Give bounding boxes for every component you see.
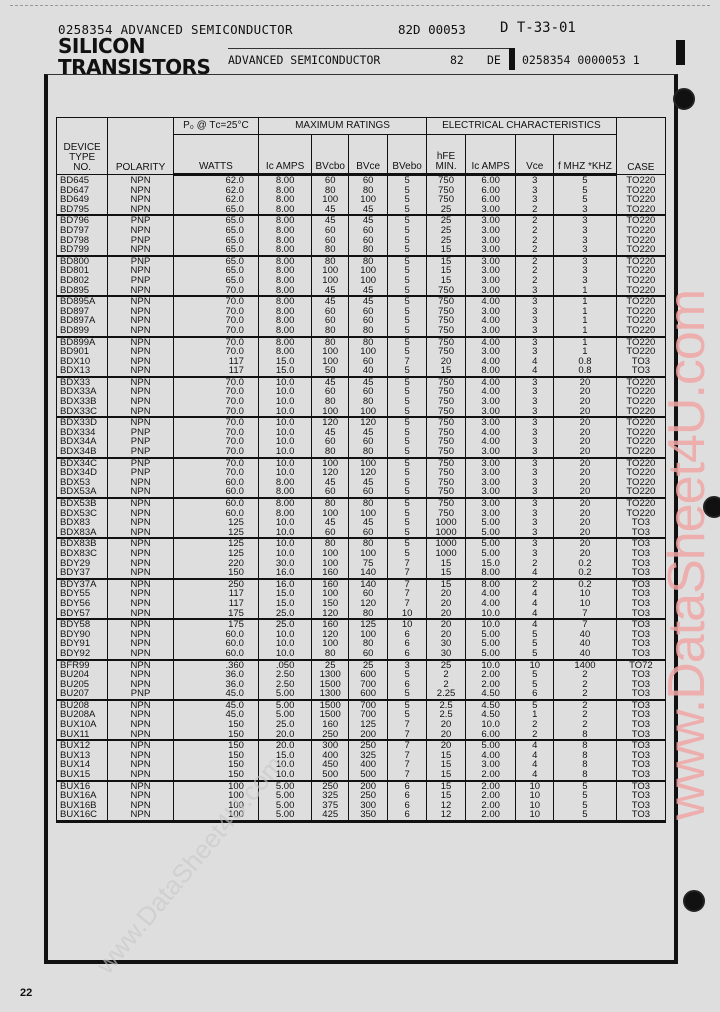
cell-bvcbo: 60 <box>312 175 349 186</box>
cell-watts: 150 <box>173 568 258 579</box>
cell-vce: 3 <box>516 175 554 186</box>
cell-ic-amps-2: 2.00 <box>466 810 516 821</box>
table-row: BD895NPN70.08.00454557503.0031TO220 <box>57 286 666 297</box>
cell-bvebo: 6 <box>388 810 427 821</box>
cell-watts: 125 <box>173 549 258 559</box>
cell-watts: 70.0 <box>173 337 258 348</box>
cell-bvebo: 5 <box>388 498 427 509</box>
cell-polarity: NPN <box>108 366 174 377</box>
cell-bvce: 40 <box>349 366 388 377</box>
cell-device: BDY37 <box>57 568 108 579</box>
cell-watts: 150 <box>173 730 258 741</box>
cell-hfe-min: 1000 <box>427 528 466 539</box>
registration-mark <box>509 48 515 70</box>
cell-hfe-min: 25 <box>427 205 466 216</box>
cell-bvcbo: 80 <box>312 447 349 458</box>
cell-hfe-min: 2.25 <box>427 689 466 700</box>
col-device: DEVICE TYPE NO. <box>57 118 108 175</box>
cell-watts: 60.0 <box>173 487 258 498</box>
cell-bvebo: 5 <box>388 205 427 216</box>
cell-watts: 36.0 <box>173 680 258 690</box>
cell-bvebo: 5 <box>388 326 427 337</box>
cell-watts: 62.0 <box>173 175 258 186</box>
cell-watts: 65.0 <box>173 236 258 246</box>
cell-watts: 62.0 <box>173 195 258 205</box>
group-electrical: ELECTRICAL CHARACTERISTICS <box>427 118 617 135</box>
cell-vce: 3 <box>516 498 554 509</box>
cell-watts: 65.0 <box>173 215 258 226</box>
cell-bvebo: 7 <box>388 730 427 741</box>
cell-bvcbo: 160 <box>312 568 349 579</box>
cell-bvcbo: 80 <box>312 245 349 256</box>
cell-device: BDX83A <box>57 528 108 539</box>
cell-vce: 3 <box>516 528 554 539</box>
cell-watts: 117 <box>173 366 258 377</box>
cell-bvebo: 7 <box>388 770 427 781</box>
header-rule <box>228 48 513 49</box>
table-row: BDX53ANPN60.08.00606057503.00320TO220 <box>57 487 666 498</box>
cell-watts: 45.0 <box>173 700 258 711</box>
cell-watts: 70.0 <box>173 458 258 469</box>
group-max-ratings: MAXIMUM RATINGS <box>258 118 426 135</box>
cell-bvebo: 5 <box>388 528 427 539</box>
cell-bvebo: 6 <box>388 649 427 660</box>
cell-watts: 70.0 <box>173 387 258 397</box>
header-code: 82D 00053 <box>398 22 466 37</box>
cell-polarity: NPN <box>108 175 174 186</box>
cell-ic-amps-2: 10.0 <box>466 609 516 620</box>
cell-f: 20 <box>554 528 617 539</box>
cell-bvcbo: 60 <box>312 487 349 498</box>
col-case: CASE <box>616 118 665 175</box>
cell-device: BD895 <box>57 286 108 297</box>
table-row: BUX11NPN15020.02502007206.0028TO3 <box>57 730 666 741</box>
cell-polarity: NPN <box>108 649 174 660</box>
cell-bvce: 600 <box>349 689 388 700</box>
header-company-line-2: ADVANCED SEMICONDUCTOR <box>228 53 380 67</box>
cell-ic-amps: 10.0 <box>258 407 311 418</box>
page-number: 22 <box>20 987 32 999</box>
col-bvebo: BVebo <box>388 135 427 175</box>
cell-polarity: NPN <box>108 770 174 781</box>
cell-watts: 220 <box>173 559 258 569</box>
transistor-spec-table: DEVICE TYPE NO. POLARITY P₀ @ Tᴄ=25°C MA… <box>56 117 666 823</box>
cell-bvce: 350 <box>349 810 388 821</box>
table-row: BDY37NPN15016.01601407158.0040.2TO3 <box>57 568 666 579</box>
registration-mark <box>676 40 685 65</box>
cell-watts: 117 <box>173 599 258 609</box>
cell-f: 3 <box>554 205 617 216</box>
cell-bvcbo: 80 <box>312 649 349 660</box>
table-row: BDX83ANPN12510.06060510005.00320TO3 <box>57 528 666 539</box>
cell-vce: 3 <box>516 326 554 337</box>
cell-watts: 60.0 <box>173 639 258 649</box>
table-row: BUX15NPN15010.05005007152.0048TO3 <box>57 770 666 781</box>
col-bvcbo: BVcbo <box>312 135 349 175</box>
cell-hfe-min: 20 <box>427 730 466 741</box>
cell-f: 20 <box>554 498 617 509</box>
cell-watts: 60.0 <box>173 498 258 509</box>
cell-device: BDX53A <box>57 487 108 498</box>
cell-ic-amps-2: 3.00 <box>466 326 516 337</box>
table-row: BDY57NPN17525.012080102010.047TO3 <box>57 609 666 620</box>
cell-case: TO220 <box>616 205 665 216</box>
cell-vce: 3 <box>516 487 554 498</box>
cell-f: 7 <box>554 609 617 620</box>
cell-ic-amps-2: 3.00 <box>466 487 516 498</box>
cell-ic-amps-2: 8.00 <box>466 568 516 579</box>
cell-watts: 175 <box>173 619 258 630</box>
cell-watts: 45.0 <box>173 710 258 720</box>
page-title: SILICON TRANSISTORS <box>58 36 210 78</box>
cell-bvcbo: 250 <box>312 730 349 741</box>
cell-watts: 70.0 <box>173 286 258 297</box>
cell-device: BDY92 <box>57 649 108 660</box>
cell-bvcbo: 120 <box>312 609 349 620</box>
cell-watts: 150 <box>173 740 258 751</box>
cell-ic-amps-2: 5.00 <box>466 528 516 539</box>
cell-bvebo: 5 <box>388 175 427 186</box>
cell-ic-amps: 8.00 <box>258 245 311 256</box>
cell-bvce: 80 <box>349 326 388 337</box>
cell-watts: 60.0 <box>173 649 258 660</box>
cell-watts: 70.0 <box>173 307 258 317</box>
cell-bvcbo: 1300 <box>312 689 349 700</box>
cell-hfe-min: 15 <box>427 770 466 781</box>
cell-ic-amps-2: 3.00 <box>466 447 516 458</box>
cell-vce: 5 <box>516 649 554 660</box>
cell-bvce: 140 <box>349 568 388 579</box>
cell-polarity: NPN <box>108 609 174 620</box>
cell-bvcbo: 60 <box>312 528 349 539</box>
cell-hfe-min: 750 <box>427 326 466 337</box>
cell-hfe-min: 750 <box>427 498 466 509</box>
cell-hfe-min: 750 <box>427 286 466 297</box>
cell-ic-amps-2: 6.00 <box>466 175 516 186</box>
cell-polarity: PNP <box>108 689 174 700</box>
cell-device: BUX11 <box>57 730 108 741</box>
cell-bvcbo: 50 <box>312 366 349 377</box>
cell-bvebo: 5 <box>388 487 427 498</box>
cell-hfe-min: 15 <box>427 245 466 256</box>
table-row: BU207PNP45.05.00130060052.254.5062TO3 <box>57 689 666 700</box>
cell-f: 8 <box>554 770 617 781</box>
cell-vce: 3 <box>516 407 554 418</box>
cell-watts: 45.0 <box>173 689 258 700</box>
cell-ic-amps: 20.0 <box>258 730 311 741</box>
cell-bvce: 100 <box>349 407 388 418</box>
cell-bvebo: 5 <box>388 407 427 418</box>
cell-ic-amps-2: 2.00 <box>466 770 516 781</box>
table-row: BDX34BPNP70.010.0808057503.00320TO220 <box>57 447 666 458</box>
cell-vce: 10 <box>516 810 554 821</box>
cell-f: 5 <box>554 175 617 186</box>
cell-case: TO220 <box>616 245 665 256</box>
cell-bvce: 60 <box>349 175 388 186</box>
cell-bvcbo: 80 <box>312 326 349 337</box>
cell-watts: 70.0 <box>173 437 258 447</box>
page-title-line1: SILICON <box>58 36 210 57</box>
watermark-side: www.DataSheet4U.com <box>657 290 717 820</box>
cell-hfe-min: 20 <box>427 609 466 620</box>
cell-f: 5 <box>554 810 617 821</box>
cell-watts: 65.0 <box>173 266 258 276</box>
scan-artifact-line <box>10 5 710 7</box>
cell-watts: 70.0 <box>173 468 258 478</box>
cell-bvce: 80 <box>349 609 388 620</box>
cell-watts: 70.0 <box>173 377 258 388</box>
cell-ic-amps: 10.0 <box>258 528 311 539</box>
cell-device: BD899 <box>57 326 108 337</box>
cell-ic-amps-2: 5.00 <box>466 649 516 660</box>
table-row: BD899NPN70.08.00808057503.0031TO220 <box>57 326 666 337</box>
cell-bvcbo: 500 <box>312 770 349 781</box>
cell-ic-amps-2: 3.00 <box>466 205 516 216</box>
cell-polarity: NPN <box>108 568 174 579</box>
cell-ic-amps: 8.00 <box>258 498 311 509</box>
cell-f: 20 <box>554 447 617 458</box>
spec-table-body: BD645NPN62.08.00606057506.0035TO220BD647… <box>57 175 666 822</box>
cell-watts: 125 <box>173 538 258 549</box>
cell-device: BDX13 <box>57 366 108 377</box>
cell-ic-amps: 15.0 <box>258 366 311 377</box>
cell-bvebo: 10 <box>388 609 427 620</box>
cell-vce: 2 <box>516 730 554 741</box>
cell-ic-amps-2: 4.50 <box>466 689 516 700</box>
cell-bvce: 45 <box>349 205 388 216</box>
cell-watts: 125 <box>173 518 258 528</box>
cell-bvebo: 5 <box>388 447 427 458</box>
cell-device: BD799 <box>57 245 108 256</box>
cell-polarity: NPN <box>108 487 174 498</box>
cell-ic-amps: 10.0 <box>258 649 311 660</box>
cell-device: BD645 <box>57 175 108 186</box>
cell-watts: 70.0 <box>173 447 258 458</box>
cell-bvebo: 7 <box>388 568 427 579</box>
cell-hfe-min: 750 <box>427 407 466 418</box>
cell-f: 3 <box>554 245 617 256</box>
cell-ic-amps-2: 6.00 <box>466 730 516 741</box>
cell-watts: 117 <box>173 357 258 367</box>
cell-ic-amps-2: 8.00 <box>466 366 516 377</box>
col-polarity: POLARITY <box>108 118 174 175</box>
cell-ic-amps: 10.0 <box>258 447 311 458</box>
cell-bvebo: 5 <box>388 245 427 256</box>
cell-ic-amps: 8.00 <box>258 286 311 297</box>
cell-polarity: NPN <box>108 245 174 256</box>
cell-device: BDY57 <box>57 609 108 620</box>
header-doc-ref: D T-33-01 <box>500 20 576 36</box>
cell-f: 40 <box>554 649 617 660</box>
cell-polarity: NPN <box>108 407 174 418</box>
table-row: BDX13NPN11715.050405158.0040.8TO3 <box>57 366 666 377</box>
cell-polarity: NPN <box>108 286 174 297</box>
cell-vce: 6 <box>516 689 554 700</box>
cell-bvce: 500 <box>349 770 388 781</box>
cell-watts: 70.0 <box>173 316 258 326</box>
cell-ic-amps-2: 3.00 <box>466 286 516 297</box>
cell-watts: 60.0 <box>173 509 258 519</box>
cell-watts: 65.0 <box>173 205 258 216</box>
col-f: f MHZ *KHZ <box>554 135 617 175</box>
cell-watts: 70.0 <box>173 428 258 438</box>
col-ic-amps-2: Ic AMPS <box>466 135 516 175</box>
cell-watts: 70.0 <box>173 296 258 307</box>
cell-watts: 36.0 <box>173 670 258 680</box>
cell-polarity: NPN <box>108 730 174 741</box>
header-de: DE <box>487 53 501 67</box>
cell-ic-amps-2: 3.00 <box>466 407 516 418</box>
cell-vce: 4 <box>516 366 554 377</box>
cell-polarity: NPN <box>108 326 174 337</box>
cell-watts: 70.0 <box>173 397 258 407</box>
cell-watts: 250 <box>173 579 258 590</box>
cell-polarity: NPN <box>108 528 174 539</box>
header-code-2: 0258354 0000053 1 <box>522 53 640 67</box>
table-row: BUX16CNPN1005.004253506122.00105TO3 <box>57 810 666 821</box>
cell-bvebo: 5 <box>388 286 427 297</box>
cell-vce: 4 <box>516 609 554 620</box>
cell-bvce: 80 <box>349 447 388 458</box>
cell-f: 1 <box>554 286 617 297</box>
cell-watts: 70.0 <box>173 347 258 357</box>
cell-watts: 70.0 <box>173 417 258 428</box>
cell-watts: 175 <box>173 609 258 620</box>
cell-vce: 2 <box>516 205 554 216</box>
cell-watts: 70.0 <box>173 407 258 418</box>
cell-device: BDX34B <box>57 447 108 458</box>
cell-watts: 65.0 <box>173 226 258 236</box>
cell-f: 0.2 <box>554 568 617 579</box>
cell-watts: 60.0 <box>173 478 258 488</box>
cell-watts: .360 <box>173 660 258 671</box>
cell-bvebo: 5 <box>388 366 427 377</box>
cell-device: BUX15 <box>57 770 108 781</box>
cell-polarity: NPN <box>108 205 174 216</box>
cell-bvce: 80 <box>349 498 388 509</box>
cell-ic-amps: 8.00 <box>258 487 311 498</box>
col-hfe-min: hFE MIN. <box>427 135 466 175</box>
cell-bvce: 200 <box>349 730 388 741</box>
cell-vce: 3 <box>516 447 554 458</box>
cell-hfe-min: 12 <box>427 810 466 821</box>
col-vce: Vce <box>516 135 554 175</box>
cell-bvebo: 5 <box>388 689 427 700</box>
cell-watts: 65.0 <box>173 256 258 267</box>
cell-polarity: NPN <box>108 810 174 821</box>
table-row: BDY92NPN60.010.080606305.00540TO3 <box>57 649 666 660</box>
cell-device: BDX53B <box>57 498 108 509</box>
cell-device: BDX33C <box>57 407 108 418</box>
punch-hole-icon <box>683 890 705 912</box>
cell-device: BUX16C <box>57 810 108 821</box>
table-row: BD645NPN62.08.00606057506.0035TO220 <box>57 175 666 186</box>
col-ic-amps: Ic AMPS <box>258 135 311 175</box>
cell-ic-amps-2: 3.00 <box>466 498 516 509</box>
cell-watts: 62.0 <box>173 186 258 196</box>
cell-ic-amps: 8.00 <box>258 175 311 186</box>
cell-bvce: 60 <box>349 528 388 539</box>
header-82: 82 <box>450 53 464 67</box>
cell-f: 20 <box>554 487 617 498</box>
cell-watts: 150 <box>173 751 258 761</box>
table-row: BDX53BNPN60.08.00808057503.00320TO220 <box>57 498 666 509</box>
cell-hfe-min: 750 <box>427 487 466 498</box>
cell-bvce: 60 <box>349 649 388 660</box>
cell-ic-amps: 8.00 <box>258 326 311 337</box>
cell-ic-amps: 8.00 <box>258 205 311 216</box>
cell-bvcbo: 45 <box>312 205 349 216</box>
cell-f: 20 <box>554 407 617 418</box>
cell-ic-amps: 5.00 <box>258 689 311 700</box>
group-pd: P₀ @ Tᴄ=25°C <box>173 118 258 135</box>
cell-watts: 150 <box>173 720 258 730</box>
cell-watts: 150 <box>173 760 258 770</box>
table-row: BD795NPN65.08.0045455253.0023TO220 <box>57 205 666 216</box>
cell-polarity: PNP <box>108 447 174 458</box>
cell-f: 1 <box>554 326 617 337</box>
cell-f: 2 <box>554 689 617 700</box>
cell-hfe-min: 750 <box>427 175 466 186</box>
cell-watts: 117 <box>173 589 258 599</box>
cell-ic-amps-2: 3.00 <box>466 245 516 256</box>
cell-device: BU207 <box>57 689 108 700</box>
cell-hfe-min: 15 <box>427 568 466 579</box>
cell-watts: 65.0 <box>173 245 258 256</box>
cell-vce: 4 <box>516 770 554 781</box>
cell-case: TO220 <box>616 175 665 186</box>
cell-f: 8 <box>554 730 617 741</box>
cell-bvce: 80 <box>349 245 388 256</box>
cell-bvce: 45 <box>349 286 388 297</box>
cell-vce: 3 <box>516 286 554 297</box>
cell-watts: 65.0 <box>173 276 258 286</box>
cell-hfe-min: 750 <box>427 447 466 458</box>
table-row: BDX33CNPN70.010.010010057503.00320TO220 <box>57 407 666 418</box>
cell-watts: 125 <box>173 528 258 539</box>
cell-ic-amps: 25.0 <box>258 609 311 620</box>
cell-device: BD795 <box>57 205 108 216</box>
col-watts: WATTS <box>173 135 258 175</box>
cell-vce: 2 <box>516 245 554 256</box>
cell-watts: 60.0 <box>173 630 258 640</box>
punch-hole-icon <box>673 88 695 110</box>
cell-bvcbo: 45 <box>312 286 349 297</box>
cell-hfe-min: 30 <box>427 649 466 660</box>
cell-bvcbo: 80 <box>312 498 349 509</box>
cell-polarity: NPN <box>108 498 174 509</box>
cell-vce: 4 <box>516 568 554 579</box>
cell-ic-amps: 16.0 <box>258 568 311 579</box>
cell-hfe-min: 15 <box>427 366 466 377</box>
cell-bvce: 60 <box>349 487 388 498</box>
col-bvce: BVce <box>349 135 388 175</box>
cell-bvcbo: 425 <box>312 810 349 821</box>
cell-watts: 70.0 <box>173 326 258 337</box>
cell-ic-amps: 5.00 <box>258 810 311 821</box>
cell-f: 0.8 <box>554 366 617 377</box>
table-row: BD799NPN65.08.0080805153.0023TO220 <box>57 245 666 256</box>
cell-bvcbo: 100 <box>312 407 349 418</box>
